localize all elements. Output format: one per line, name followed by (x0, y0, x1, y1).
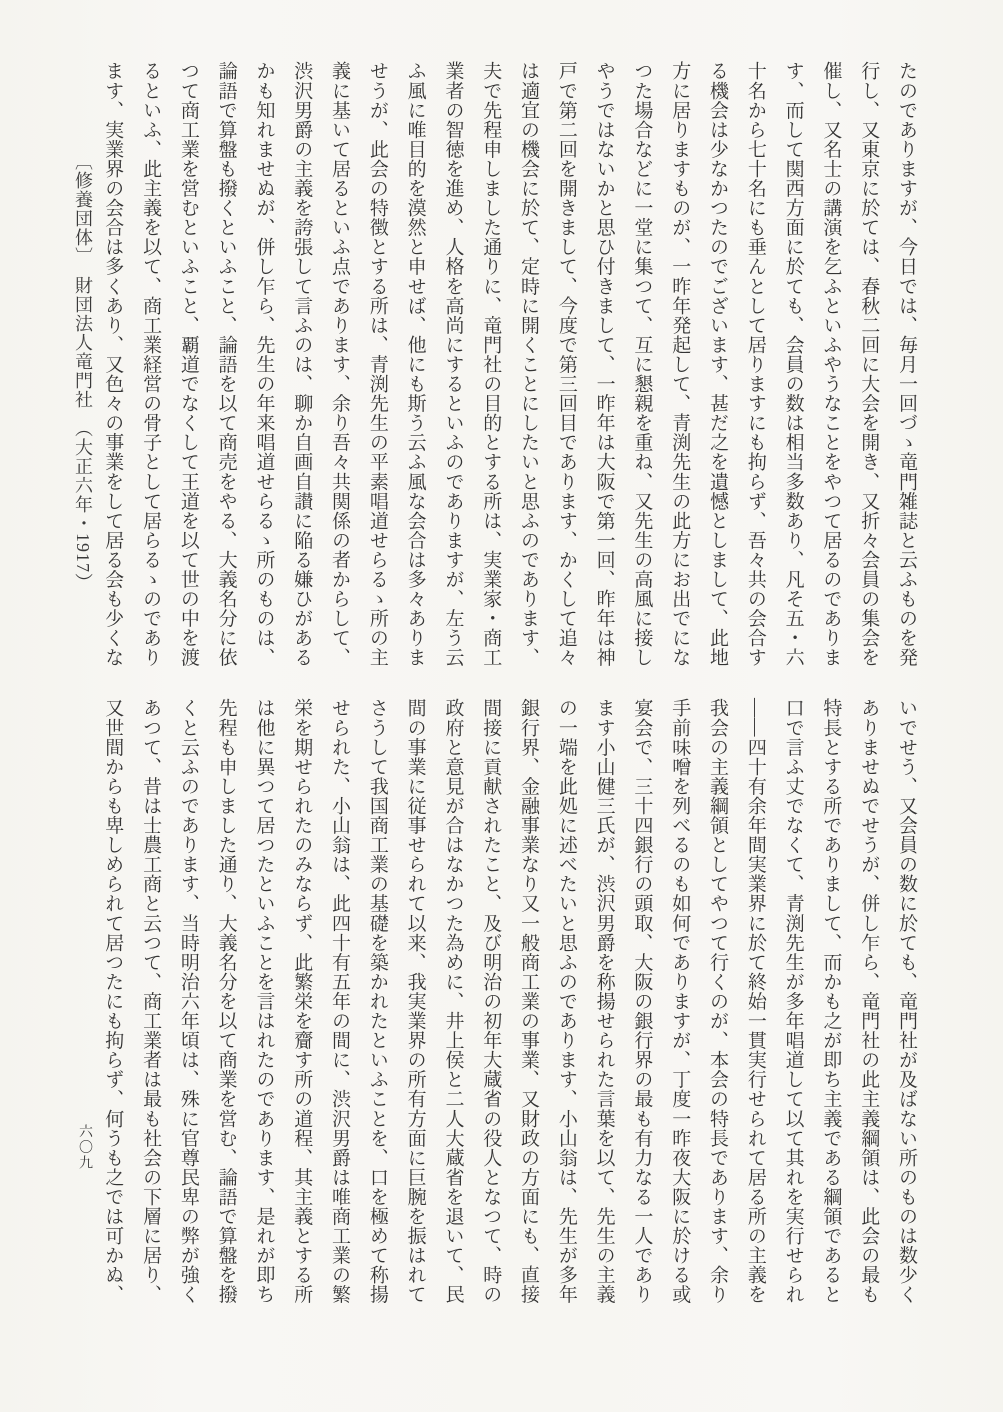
text-column: ます小山健三氏が、渋沢男爵を称揚せられた言葉を以て、先生の主義 (585, 698, 623, 1310)
text-column: ふ風に唯目的を漠然と申せば、他にも斯う云ふ風な会合は多々ありま (396, 61, 434, 673)
text-column: ありませぬでせうが、併し乍ら、竜門社の此主義綱領は、此会の最も (849, 698, 887, 1310)
text-column: は適宜の機会に於て、定時に開くことにしたいと思ふのであります、 (509, 61, 547, 673)
text-column: 夫で先程申しました通りに、竜門社の目的とする所は、実業家・商工 (471, 61, 509, 673)
text-column: やうではないかと思ひ付きまして、一昨年は大阪で第一回、昨年は神 (585, 61, 623, 673)
text-column: 我会の主義綱領としてやつて行くのが、本会の特長であります、余り (698, 698, 736, 1310)
text-column: 間の事業に従事せられて以来、我実業界の所有方面に巨腕を振はれて (396, 698, 434, 1310)
text-column: ――四十有余年間実業界に於て終始一貫実行せられて居る所の主義を (736, 698, 774, 1310)
text-column: ます、実業界の会合は多くあり、又色々の事業をして居る会も少くな (93, 61, 131, 673)
text-column: 銀行界、金融事業なり又一般商工業の事業、又財政の方面にも、直接 (509, 698, 547, 1310)
text-column: 行し、又東京に於ては、春秋二回に大会を開き、又折々会員の集会を (849, 61, 887, 673)
text-column: の一端を此処に述べたいと思ふのであります、小山翁は、先生が多年 (547, 698, 585, 1310)
text-column: 特長とする所でありまして、而かも之が即ち主義である綱領であると (812, 698, 850, 1310)
page-number: 六〇九 (74, 1124, 94, 1171)
text-column: 手前味噌を列べるのも如何でありますが、丁度一昨夜大阪に於ける或 (660, 698, 698, 1310)
text-column: 間接に貢献されたこと、及び明治の初年大蔵省の役人となつて、時の (471, 698, 509, 1310)
text-column: 十名から七十名にも垂んとして居りますにも拘らず、吾々共の会合す (736, 61, 774, 673)
scanned-book-page: たのでありますが、今日では、毎月一回づゝ竜門雑誌と云ふものを発行し、又東京に於て… (0, 0, 1003, 1412)
text-column: す、而して関西方面に於ても、会員の数は相当多数あり、凡そ五・六 (774, 61, 812, 673)
text-column: かも知れませぬが、併し乍ら、先生の年来唱道せらるゝ所のものは、 (245, 61, 283, 673)
text-column: 宴会で、三十四銀行の頭取、大阪の銀行界の最も有力なる一人であり (623, 698, 661, 1310)
text-column: あつて、昔は士農工商と云つて、商工業者は最も社会の下層に居り、 (131, 698, 169, 1310)
text-column: 先程も申しました通り、大義名分を以て商業を営む、論語で算盤を撥 (207, 698, 245, 1310)
text-column: さうして我国商工業の基礎を築かれたといふことを、口を極めて称揚 (358, 698, 396, 1310)
text-column: せうが、此会の特徴とする所は、青渕先生の平素唱道せらるゝ所の主 (358, 61, 396, 673)
text-column: 催し、又名士の講演を乞ふといふやうなことをやつて居るのでありま (812, 61, 850, 673)
text-column: るといふ、此主義を以て、商工業経営の骨子として居らるゝのであり (131, 61, 169, 673)
bottom-text-block: いでせう、又会員の数に於ても、竜門社が及ばない所のものは数少くありませぬでせうが… (93, 698, 925, 1310)
text-column: つて商工業を営むといふこと、覇道でなくして王道を以て世の中を渡 (169, 61, 207, 673)
running-header: 〔修養団体〕 財団法人竜門社 （大正六年・1917） (70, 152, 96, 592)
top-text-block: たのでありますが、今日では、毎月一回づゝ竜門雑誌と云ふものを発行し、又東京に於て… (93, 61, 925, 673)
text-column: 渋沢男爵の主義を誇張して言ふのは、聊か自画自讃に陥る嫌ひがある (282, 61, 320, 673)
text-column: 又世間からも卑しめられて居つたにも拘らず、何うも之では可かぬ、 (93, 698, 131, 1310)
text-column: 義に基いて居るといふ点であります、余り吾々共関係の者からして、 (320, 61, 358, 673)
text-column: 栄を期せられたのみならず、此繁栄を齎す所の道程、其主義とする所 (282, 698, 320, 1310)
text-column: 方に居りますものが、一昨年発起して、青渕先生の此方にお出でにな (660, 61, 698, 673)
text-column: る機会は少なかつたのでございます、甚だ之を遺憾としまして、此地 (698, 61, 736, 673)
text-column: は他に異つて居つたといふことを言はれたのであります、是れが即ち (245, 698, 283, 1310)
text-column: いでせう、又会員の数に於ても、竜門社が及ばない所のものは数少く (887, 698, 925, 1310)
text-column: 論語で算盤も撥くといふこと、論語を以て商売をやる、大義名分に依 (207, 61, 245, 673)
text-column: つた場合などに一堂に集つて、互に懇親を重ね、又先生の高風に接し (623, 61, 661, 673)
text-column: 政府と意見が合はなかつた為めに、井上侯と二人大蔵省を退いて、民 (434, 698, 472, 1310)
text-column: くと云ふのであります、当時明治六年頃は、殊に官尊民卑の弊が強く (169, 698, 207, 1310)
text-column: 口で言ふ丈でなくて、青渕先生が多年唱道して以て其れを実行せられ (774, 698, 812, 1310)
text-column: せられた、小山翁は、此四十有五年の間に、渋沢男爵は唯商工業の繁 (320, 698, 358, 1310)
text-column: 業者の智徳を進め、人格を高尚にするといふのでありますが、左う云 (434, 61, 472, 673)
text-column: たのでありますが、今日では、毎月一回づゝ竜門雑誌と云ふものを発 (887, 61, 925, 673)
text-column: 戸で第二回を開きまして、今度で第三回目であります、かくして追々 (547, 61, 585, 673)
